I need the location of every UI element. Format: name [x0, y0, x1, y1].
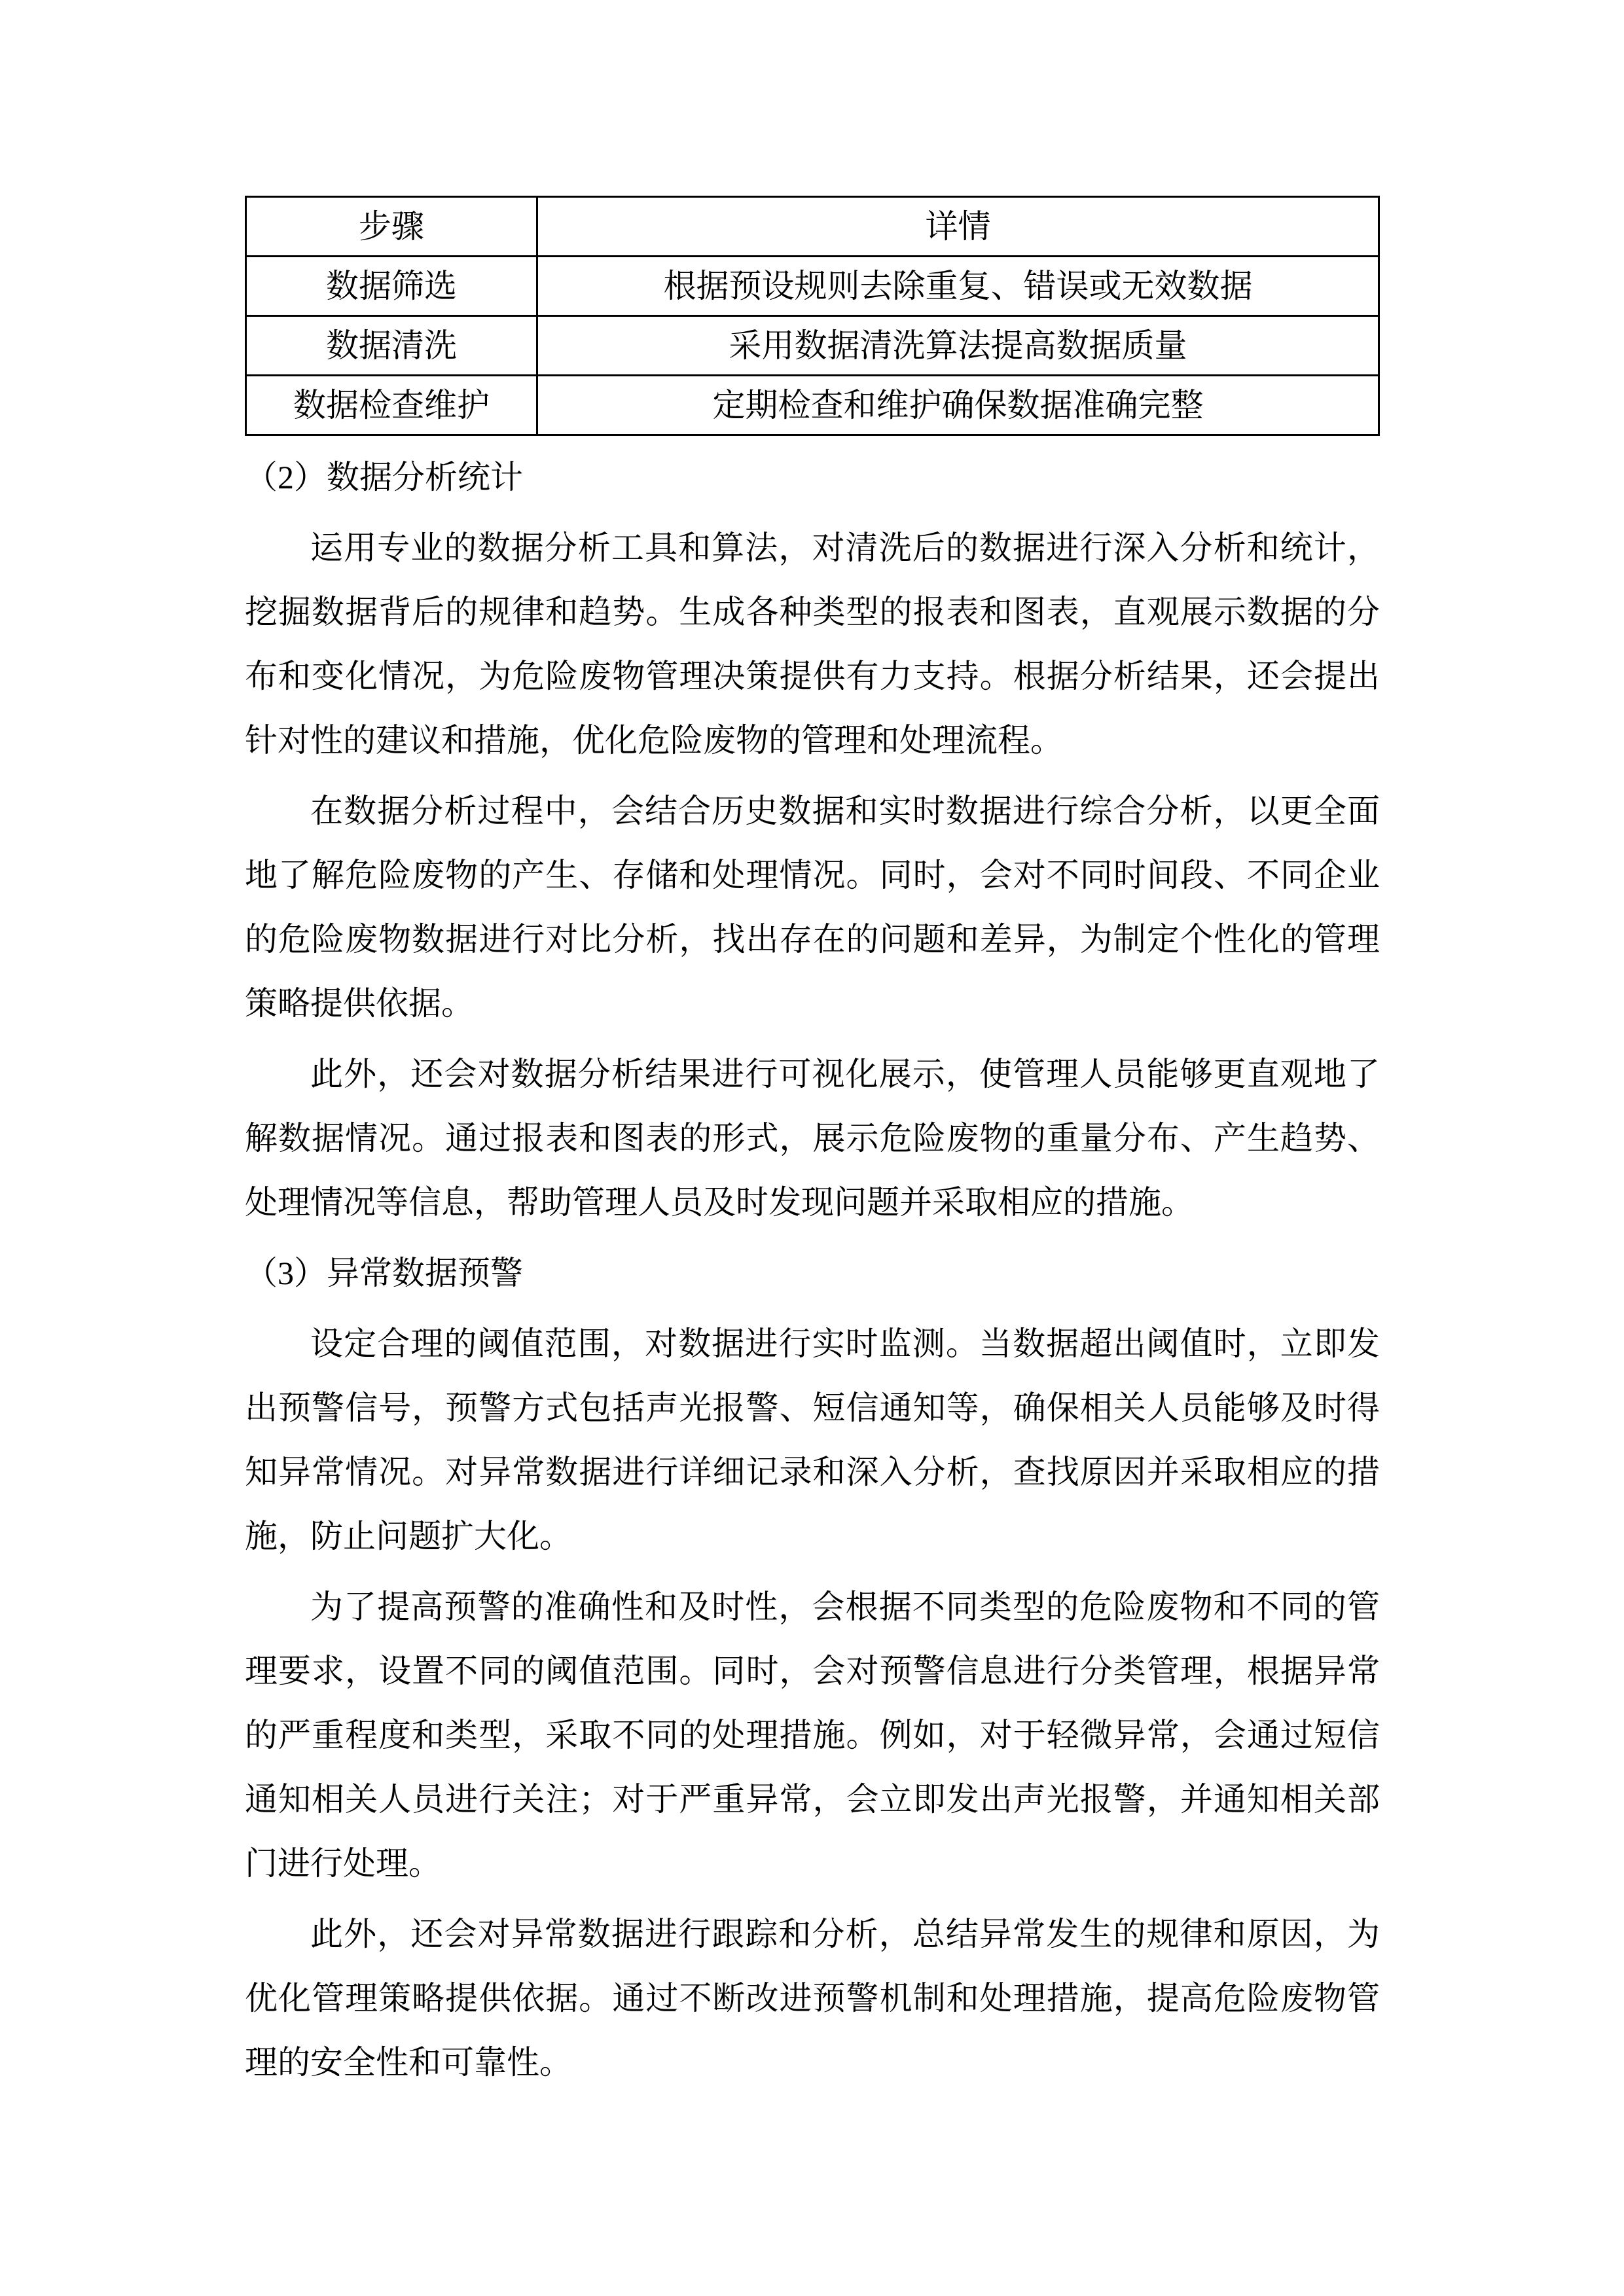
table-row: 数据检查维护 定期检查和维护确保数据准确完整	[246, 376, 1379, 435]
table-cell-step: 数据检查维护	[246, 376, 537, 435]
table-cell-step: 数据清洗	[246, 316, 537, 376]
table-cell-detail: 定期检查和维护确保数据准确完整	[537, 376, 1379, 435]
section-heading-abnormal-data-warning: （3）异常数据预警	[245, 1241, 1380, 1305]
table-cell-detail: 根据预设规则去除重复、错误或无效数据	[537, 257, 1379, 316]
table-header-cell-step: 步骤	[246, 197, 537, 257]
document-page: 步骤 详情 数据筛选 根据预设规则去除重复、错误或无效数据 数据清洗 采用数据清…	[0, 0, 1624, 2296]
document-body: （2）数据分析统计 运用专业的数据分析工具和算法，对清洗后的数据进行深入分析和统…	[245, 445, 1380, 2094]
paragraph: 运用专业的数据分析工具和算法，对清洗后的数据进行深入分析和统计，挖掘数据背后的规…	[245, 516, 1380, 772]
paragraph: 为了提高预警的准确性和及时性，会根据不同类型的危险废物和不同的管理要求，设置不同…	[245, 1575, 1380, 1895]
data-processing-table: 步骤 详情 数据筛选 根据预设规则去除重复、错误或无效数据 数据清洗 采用数据清…	[245, 196, 1380, 436]
paragraph: 此外，还会对数据分析结果进行可视化展示，使管理人员能够更直观地了解数据情况。通过…	[245, 1042, 1380, 1234]
table-header-row: 步骤 详情	[246, 197, 1379, 257]
paragraph: 在数据分析过程中，会结合历史数据和实时数据进行综合分析，以更全面地了解危险废物的…	[245, 779, 1380, 1035]
paragraph: 此外，还会对异常数据进行跟踪和分析，总结异常发生的规律和原因，为优化管理策略提供…	[245, 1902, 1380, 2094]
table-header-cell-detail: 详情	[537, 197, 1379, 257]
section-heading-data-analysis: （2）数据分析统计	[245, 445, 1380, 509]
table-cell-detail: 采用数据清洗算法提高数据质量	[537, 316, 1379, 376]
table-row: 数据清洗 采用数据清洗算法提高数据质量	[246, 316, 1379, 376]
table-cell-step: 数据筛选	[246, 257, 537, 316]
table-row: 数据筛选 根据预设规则去除重复、错误或无效数据	[246, 257, 1379, 316]
document-content: 步骤 详情 数据筛选 根据预设规则去除重复、错误或无效数据 数据清洗 采用数据清…	[245, 196, 1380, 2094]
paragraph: 设定合理的阈值范围，对数据进行实时监测。当数据超出阈值时，立即发出预警信号，预警…	[245, 1312, 1380, 1568]
